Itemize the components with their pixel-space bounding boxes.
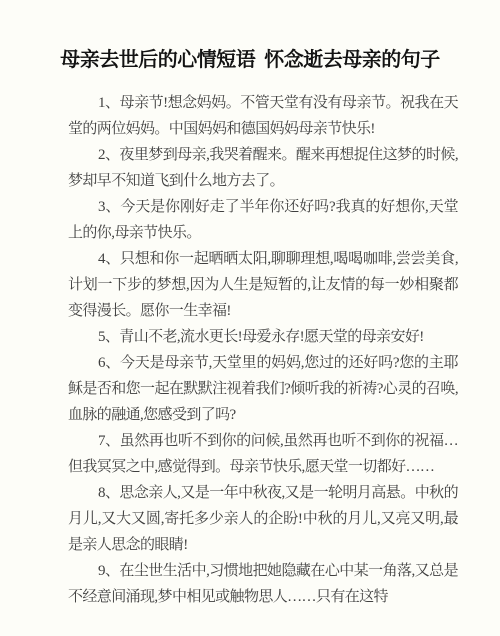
paragraph-9: 9、在尘世生活中,习惯地把她隐藏在心中某一角落,又总是不经意间涌现,梦中相见或触… [68, 558, 458, 610]
paragraph-4: 4、只想和你一起晒晒太阳,聊聊理想,喝喝咖啡,尝尝美食,计划一下步的梦想,因为人… [68, 246, 458, 324]
paragraph-list: 1、母亲节!想念妈妈。不管天堂有没有母亲节。祝我在天堂的两位妈妈。中国妈妈和德国… [68, 90, 458, 610]
paragraph-5: 5、青山不老,流水更长!母爱永存!愿天堂的母亲安好! [68, 324, 458, 350]
page-title: 母亲去世后的心情短语 怀念逝去母亲的句子 [10, 44, 490, 76]
document-screenshot: { "document": { "title": "母亲去世后的心情短语 怀念逝… [0, 0, 500, 636]
paragraph-3: 3、今天是你刚好走了半年你还好吗?我真的好想你,天堂上的你,母亲节快乐。 [68, 194, 458, 246]
document-page: 母亲去世后的心情短语 怀念逝去母亲的句子 1、母亲节!想念妈妈。不管天堂有没有母… [0, 0, 500, 636]
paragraph-8: 8、思念亲人,又是一年中秋夜,又是一轮明月高悬。中秋的月儿,又大又圆,寄托多少亲… [68, 480, 458, 558]
paragraph-2: 2、夜里梦到母亲,我哭着醒来。醒来再想捉住这梦的时候,梦却早不知道飞到什么地方去… [68, 142, 458, 194]
paragraph-7: 7、虽然再也听不到你的问候,虽然再也听不到你的祝福…但我冥冥之中,感觉得到。母亲… [68, 428, 458, 480]
paragraph-1: 1、母亲节!想念妈妈。不管天堂有没有母亲节。祝我在天堂的两位妈妈。中国妈妈和德国… [68, 90, 458, 142]
paragraph-6: 6、今天是母亲节,天堂里的妈妈,您过的还好吗?您的主耶稣是否和您一起在默默注视着… [68, 350, 458, 428]
